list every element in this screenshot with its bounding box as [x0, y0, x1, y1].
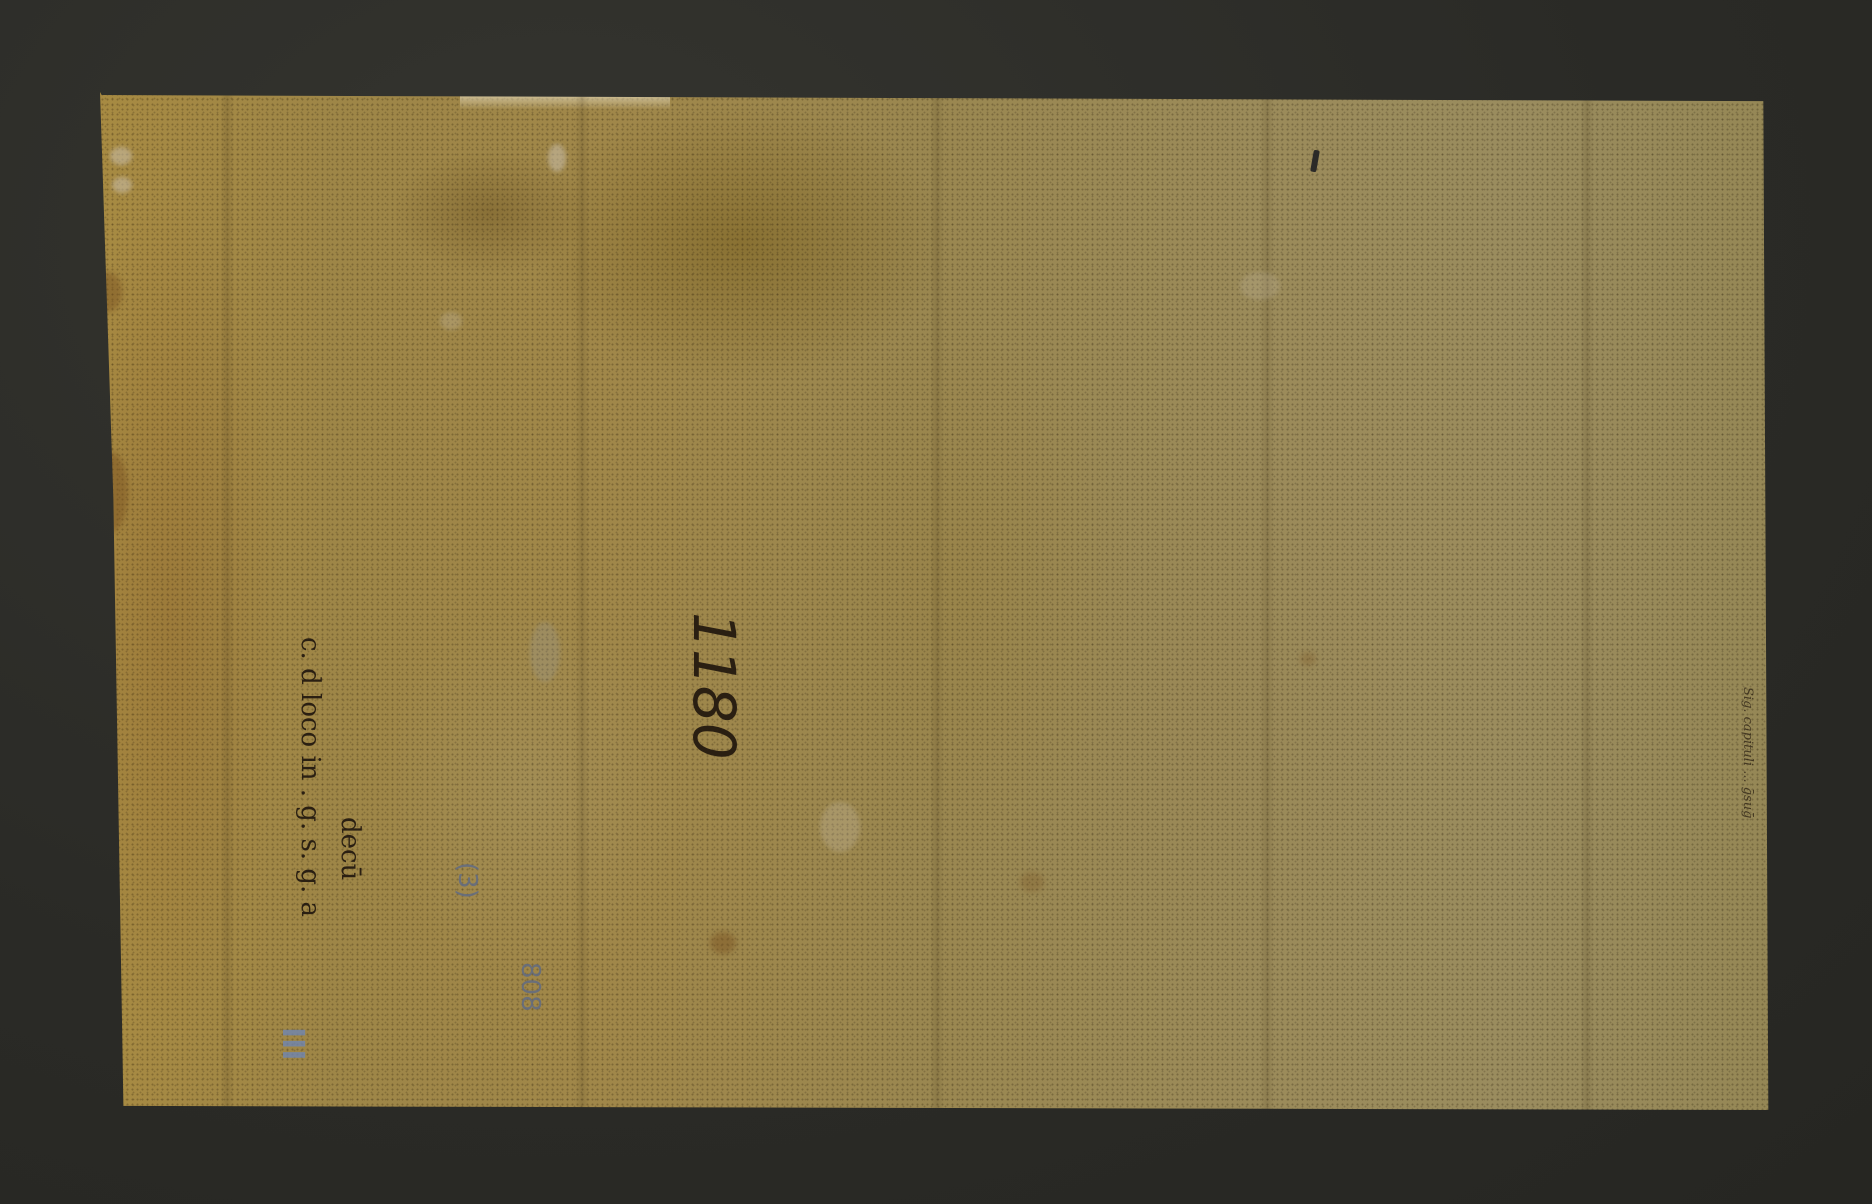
worn-spot: [112, 177, 132, 193]
fold-line: [220, 92, 234, 1110]
worn-spot: [440, 312, 462, 330]
fold-line: [1260, 92, 1274, 1110]
blue-pencil-mark: III: [275, 1027, 310, 1061]
pencil-number-a: (3): [452, 862, 482, 899]
dorsal-note-line2: decū: [335, 817, 365, 880]
worn-spot: [110, 147, 132, 165]
parchment-document: c. d loco in . g. s. g. a decū 1180 (3)…: [100, 92, 1770, 1110]
dorsal-note-line1: c. d loco in . g. s. g. a: [295, 637, 325, 917]
right-edge-note: Sig. capituli ... ḡsuḡ: [1740, 687, 1755, 818]
stain: [710, 932, 736, 954]
fold-line: [930, 92, 944, 1110]
fold-line: [1580, 92, 1594, 1110]
stain: [1020, 872, 1044, 892]
worn-spot: [530, 622, 560, 682]
worn-spot: [820, 802, 860, 852]
pencil-number-b: 808: [515, 962, 545, 1012]
worn-spot: [548, 144, 566, 172]
worn-spot: [1240, 272, 1280, 300]
stain: [1300, 652, 1316, 666]
fold-line: [575, 92, 589, 1110]
date-annotation: 1180: [680, 612, 748, 760]
